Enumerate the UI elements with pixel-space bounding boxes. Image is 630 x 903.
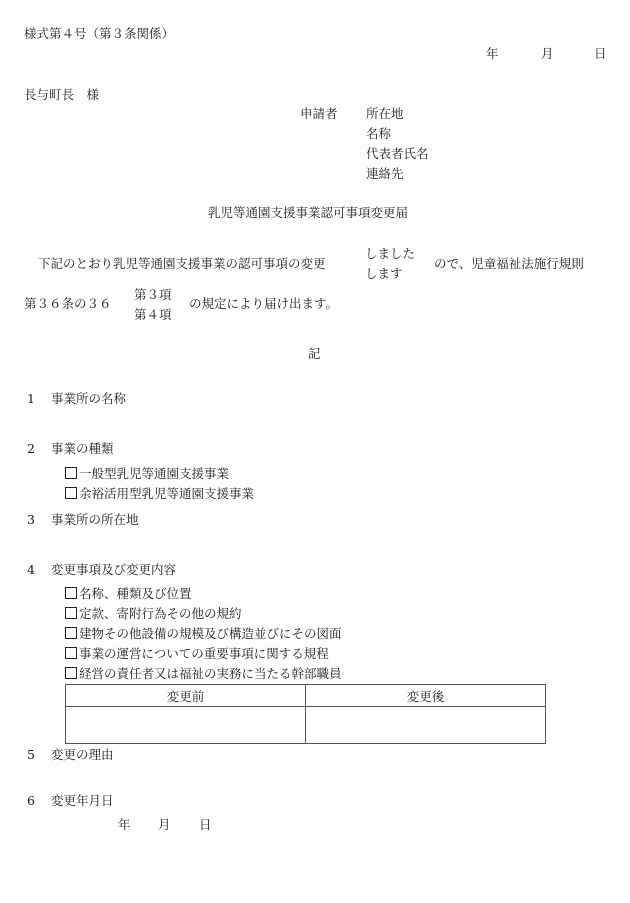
- date-year-label: 年: [486, 46, 499, 62]
- option-paragraph-4: 第４項: [134, 305, 172, 325]
- item-label: 事業所の名称: [51, 391, 126, 407]
- change-date-day: 日: [199, 817, 212, 833]
- applicant-name-field: 名称: [366, 126, 391, 142]
- item-label: 変更年月日: [51, 793, 114, 809]
- item-number: 3: [27, 512, 35, 528]
- item-number: 5: [27, 747, 35, 763]
- date-month-label: 月: [541, 46, 554, 62]
- item-number: 2: [27, 441, 35, 457]
- checkbox-option[interactable]: 建物その他設備の規模及び構造並びにその図面: [65, 626, 342, 642]
- checkbox-icon[interactable]: [65, 467, 77, 479]
- checkbox-icon[interactable]: [65, 667, 77, 679]
- body-line1-options: しました します: [365, 244, 415, 284]
- header-before: 変更前: [66, 685, 306, 707]
- before-value-cell[interactable]: [66, 707, 306, 744]
- option-shimashita: しました: [365, 244, 415, 264]
- body-line2-options: 第３項 第４項: [134, 285, 172, 325]
- checkbox-icon[interactable]: [65, 647, 77, 659]
- body-line2-suffix: の規定により届け出ます。: [189, 296, 338, 312]
- change-date-year: 年: [118, 817, 131, 833]
- date-day-label: 日: [594, 46, 607, 62]
- ki-heading: 記: [308, 346, 321, 362]
- option-paragraph-3: 第３項: [134, 285, 172, 305]
- checkbox-option[interactable]: 経営の責任者又は福祉の実務に当たる幹部職員: [65, 666, 342, 682]
- form-number: 様式第４号（第３条関係）: [24, 26, 174, 42]
- change-date-month: 月: [158, 817, 171, 833]
- item-number: 1: [27, 391, 35, 407]
- body-line1-prefix: 下記のとおり乳児等通園支援事業の認可事項の変更: [38, 256, 326, 272]
- header-after: 変更後: [306, 685, 546, 707]
- option-shimasu: します: [365, 264, 415, 284]
- applicant-representative-field: 代表者氏名: [366, 146, 429, 162]
- checkbox-option[interactable]: 一般型乳児等通園支援事業: [65, 466, 229, 482]
- change-table: 変更前 変更後: [65, 684, 546, 744]
- after-value-cell[interactable]: [306, 707, 546, 744]
- item-label: 事業の種類: [51, 441, 114, 457]
- item-number: 4: [27, 562, 35, 578]
- checkbox-option[interactable]: 余裕活用型乳児等通園支援事業: [65, 486, 254, 502]
- item-label: 変更の理由: [51, 747, 114, 763]
- checkbox-icon[interactable]: [65, 487, 77, 499]
- document-title: 乳児等通園支援事業認可事項変更届: [208, 205, 408, 221]
- item-label: 変更事項及び変更内容: [51, 562, 176, 578]
- checkbox-icon[interactable]: [65, 587, 77, 599]
- applicant-address-field: 所在地: [366, 106, 404, 122]
- item-number: 6: [27, 793, 35, 809]
- body-line1-suffix: ので、児童福祉法施行規則: [434, 256, 584, 272]
- checkbox-icon[interactable]: [65, 627, 77, 639]
- checkbox-option[interactable]: 名称、種類及び位置: [65, 586, 192, 602]
- addressee: 長与町長 様: [24, 87, 99, 103]
- checkbox-option[interactable]: 定款、寄附行為その他の規約: [65, 606, 242, 622]
- item-label: 事業所の所在地: [51, 512, 139, 528]
- checkbox-icon[interactable]: [65, 607, 77, 619]
- applicant-label: 申請者: [300, 106, 338, 122]
- body-line2-prefix: 第３６条の３６: [24, 296, 112, 312]
- applicant-contact-field: 連絡先: [366, 166, 404, 182]
- checkbox-option[interactable]: 事業の運営についての重要事項に関する規程: [65, 646, 329, 662]
